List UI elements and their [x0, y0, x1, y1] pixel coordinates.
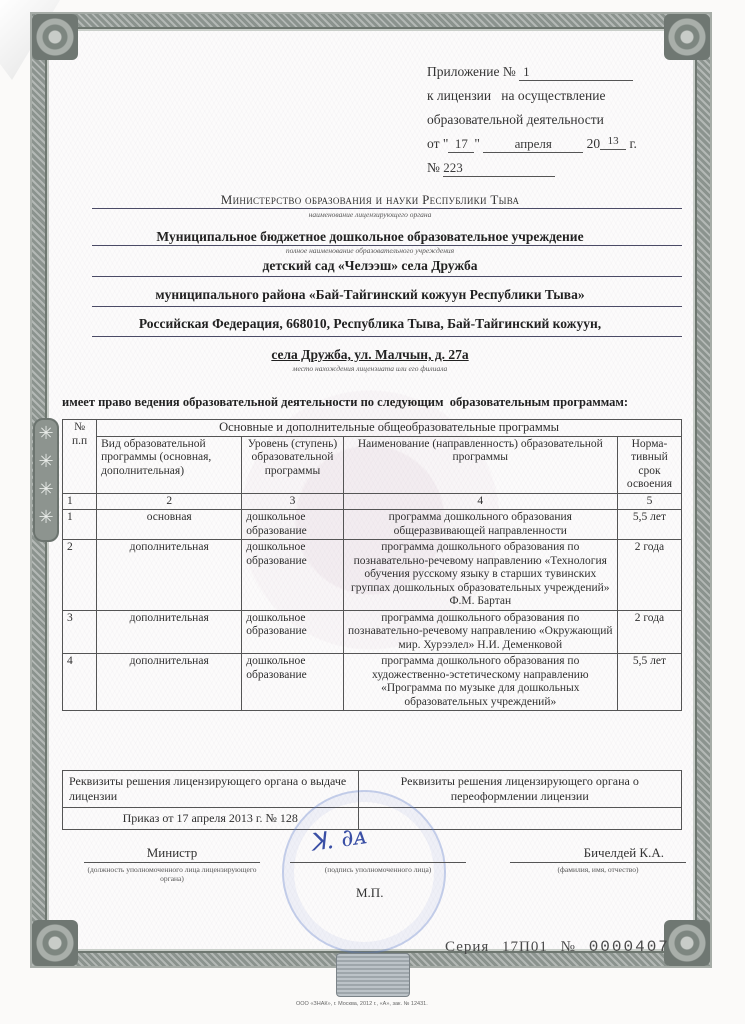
colnum: 4 — [343, 493, 617, 510]
position-caption: (должность уполномоченного лица лицензир… — [84, 865, 260, 883]
table-row: 3 дополнительная дошкольное образование … — [63, 610, 682, 654]
row-level: дошкольное образование — [242, 654, 343, 711]
corner-ornament-icon — [32, 920, 78, 966]
rule — [92, 306, 682, 307]
signer-name: Бичелдей К.А. — [510, 845, 686, 863]
table-row: 2 дополнительная дошкольное образование … — [63, 540, 682, 611]
appendix-line2: к лицензии на осуществление — [427, 84, 637, 108]
row-name: программа дошкольного образования общера… — [343, 510, 617, 540]
row-type: дополнительная — [97, 654, 242, 711]
row-type: дополнительная — [97, 540, 242, 611]
colnum: 1 — [63, 493, 97, 510]
row-level: дошкольное образование — [242, 510, 343, 540]
row-no: 1 — [63, 510, 97, 540]
corner-ornament-icon — [664, 920, 710, 966]
header-term: Норма-тивный срок освоения — [617, 436, 681, 493]
address-line2: села Дружба, ул. Малчын, д. 27а — [60, 347, 680, 363]
institution-line1: Муниципальное бюджетное дошкольное образ… — [60, 229, 680, 245]
row-term: 2 года — [617, 610, 681, 654]
series-value: 17П01 — [502, 939, 548, 955]
institution-caption: полное наименование образовательного учр… — [60, 246, 680, 255]
year-suffix: 13 — [600, 133, 626, 150]
header-name: Наименование (направленность) образовате… — [343, 436, 617, 493]
license-no-label: № — [427, 160, 440, 175]
corner-ornament-icon — [664, 14, 710, 60]
rule — [92, 336, 682, 337]
licensing-body-caption: наименование лицензирующего органа — [60, 210, 680, 219]
address-caption: место нахождения лицензиата или его фили… — [60, 364, 680, 373]
appendix-block: Приложение № 1 к лицензии на осуществлен… — [427, 60, 637, 180]
star-icon: ✳ — [35, 420, 57, 448]
date-prefix: от — [427, 136, 439, 151]
row-type: дополнительная — [97, 610, 242, 654]
hologram-plate — [336, 953, 410, 997]
address-line1: Российская Федерация, 668010, Республика… — [60, 316, 680, 332]
rule — [92, 276, 682, 277]
row-term: 5,5 лет — [617, 510, 681, 540]
row-no: 3 — [63, 610, 97, 654]
colnum: 2 — [97, 493, 242, 510]
name-caption: (фамилия, имя, отчество) — [510, 865, 686, 874]
programs-table: № п.п Основные и дополнительные общеобра… — [62, 419, 682, 711]
row-name: программа дошкольного образования по худ… — [343, 654, 617, 711]
institution-line2: детский сад «Челээш» села Дружба — [60, 258, 680, 274]
serial-block: Серия 17П01 № 0000407 — [445, 938, 670, 956]
position-block: Министр (должность уполномоченного лица … — [84, 845, 260, 883]
license-number: 223 — [443, 160, 555, 177]
institution-line3: муниципального района «Бай-Тайгинский ко… — [60, 287, 680, 303]
signer-position: Министр — [84, 845, 260, 863]
table-row: 1 основная дошкольное образование програ… — [63, 510, 682, 540]
year-unit: г. — [630, 136, 637, 151]
group-header: Основные и дополнительные общеобразовате… — [97, 420, 682, 437]
row-type: основная — [97, 510, 242, 540]
row-no: 2 — [63, 540, 97, 611]
signature-caption: (подпись уполномоченного лица) — [290, 865, 466, 874]
row-name: программа дошкольного образования по поз… — [343, 540, 617, 611]
date-month: апреля — [483, 136, 583, 153]
row-name: программа дошкольного образования по поз… — [343, 610, 617, 654]
header-type: Вид образовательной программы (основная,… — [97, 436, 242, 493]
seal-place-label: М.П. — [356, 885, 383, 901]
rule — [92, 208, 682, 209]
side-star-panel: ✳ ✳ ✳ ✳ — [33, 418, 59, 542]
row-term: 2 года — [617, 540, 681, 611]
star-icon: ✳ — [35, 504, 57, 532]
appendix-number: 1 — [519, 64, 633, 81]
row-no: 4 — [63, 654, 97, 711]
appendix-label: Приложение № — [427, 64, 516, 79]
issue-header: Реквизиты решения лицензирующего органа … — [63, 771, 359, 808]
name-block: Бичелдей К.А. (фамилия, имя, отчество) — [510, 845, 686, 874]
star-icon: ✳ — [35, 476, 57, 504]
row-term: 5,5 лет — [617, 654, 681, 711]
printer-note: ООО «ЗНАК», г. Москва, 2012 г., «А», зак… — [296, 1001, 428, 1007]
appendix-line3: образовательной деятельности — [427, 108, 637, 132]
date-day: 17 — [448, 136, 474, 153]
colnum: 3 — [242, 493, 343, 510]
licensing-body-name: Министерство образования и науки Республ… — [60, 192, 680, 208]
number-label: № — [561, 939, 576, 955]
colnum: 5 — [617, 493, 681, 510]
series-label: Серия — [445, 939, 489, 955]
rights-statement: имеет право ведения образовательной деят… — [62, 395, 702, 410]
serial-number: 0000407 — [589, 938, 670, 956]
row-level: дошкольное образование — [242, 610, 343, 654]
row-level: дошкольное образование — [242, 540, 343, 611]
year-prefix: 20 — [587, 136, 601, 151]
signature-block: (подпись уполномоченного лица) — [290, 845, 466, 874]
header-level: Уровень (ступень) образовательной програ… — [242, 436, 343, 493]
star-icon: ✳ — [35, 448, 57, 476]
table-row: 4 дополнительная дошкольное образование … — [63, 654, 682, 711]
corner-ornament-icon — [32, 14, 78, 60]
col-no-header: № п.п — [63, 420, 97, 494]
